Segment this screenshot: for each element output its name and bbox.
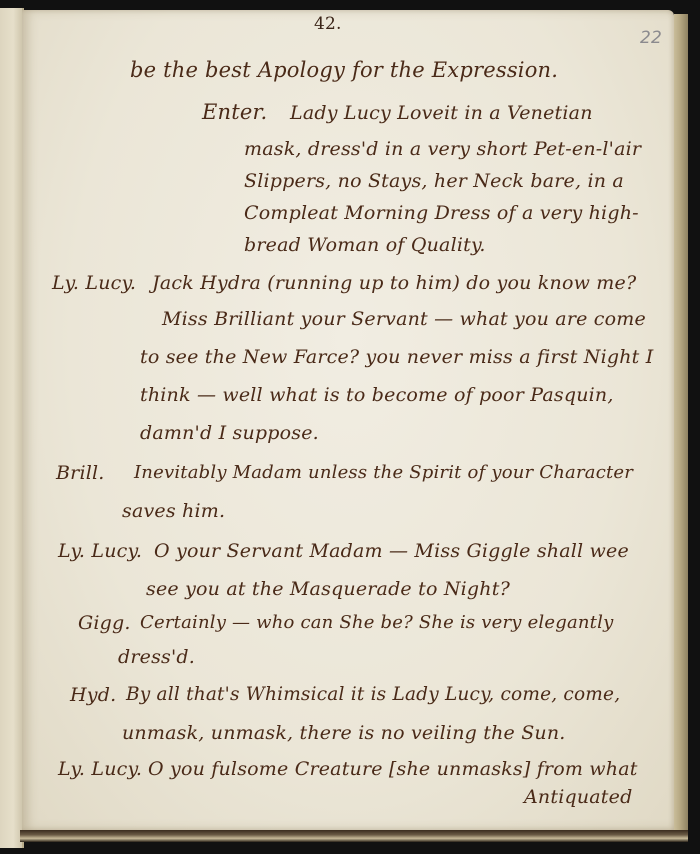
text-line: Inevitably Madam unless the Spirit of yo…	[134, 462, 633, 483]
text-line: bread Woman of Quality.	[244, 234, 486, 256]
text-line: By all that's Whimsical it is Lady Lucy,…	[126, 684, 620, 705]
text-line: O your Servant Madam — Miss Giggle shall…	[154, 540, 629, 562]
speaker-label: Ly. Lucy.	[52, 272, 136, 294]
speaker-label: Brill.	[56, 462, 105, 484]
text-line: dress'd.	[118, 646, 195, 668]
catchword: Antiquated	[524, 786, 632, 808]
text-line: saves him.	[122, 500, 225, 522]
text-line: Certainly — who can She be? She is very …	[140, 612, 613, 633]
folio-number: 22	[640, 28, 662, 48]
speaker-label: Ly. Lucy.	[58, 540, 142, 562]
previous-page-edge	[0, 8, 24, 848]
text-line: mask, dress'd in a very short Pet-en-l'a…	[244, 138, 641, 160]
book-bottom-edge	[20, 830, 688, 842]
text-line: think — well what is to become of poor P…	[140, 384, 614, 406]
text-line: Miss Brilliant your Servant — what you a…	[162, 308, 646, 330]
speaker-label: Gigg.	[78, 612, 131, 634]
text-line: Lady Lucy Loveit in a Venetian	[290, 102, 593, 124]
speaker-label: Hyd.	[70, 684, 116, 706]
text-line: unmask, unmask, there is no veiling the …	[122, 722, 566, 744]
page-fore-edge	[674, 14, 688, 836]
stage-direction-label: Enter.	[202, 100, 267, 124]
text-line: Compleat Morning Dress of a very high-	[244, 202, 639, 224]
page-number: 42.	[314, 14, 342, 34]
text-line: Jack Hydra (running up to him) do you kn…	[152, 272, 636, 294]
text-line: Slippers, no Stays, her Neck bare, in a	[244, 170, 624, 192]
text-line: see you at the Masquerade to Night?	[146, 578, 510, 600]
speaker-label: Ly. Lucy.	[58, 758, 142, 780]
manuscript-page: 42. 22 be the best Apology for the Expre…	[22, 10, 674, 830]
text-line: be the best Apology for the Expression.	[130, 58, 558, 82]
manuscript-book: 42. 22 be the best Apology for the Expre…	[0, 0, 700, 854]
text-line: O you fulsome Creature [she unmasks] fro…	[148, 758, 638, 780]
text-line: damn'd I suppose.	[140, 422, 319, 444]
text-line: to see the New Farce? you never miss a f…	[140, 346, 653, 368]
